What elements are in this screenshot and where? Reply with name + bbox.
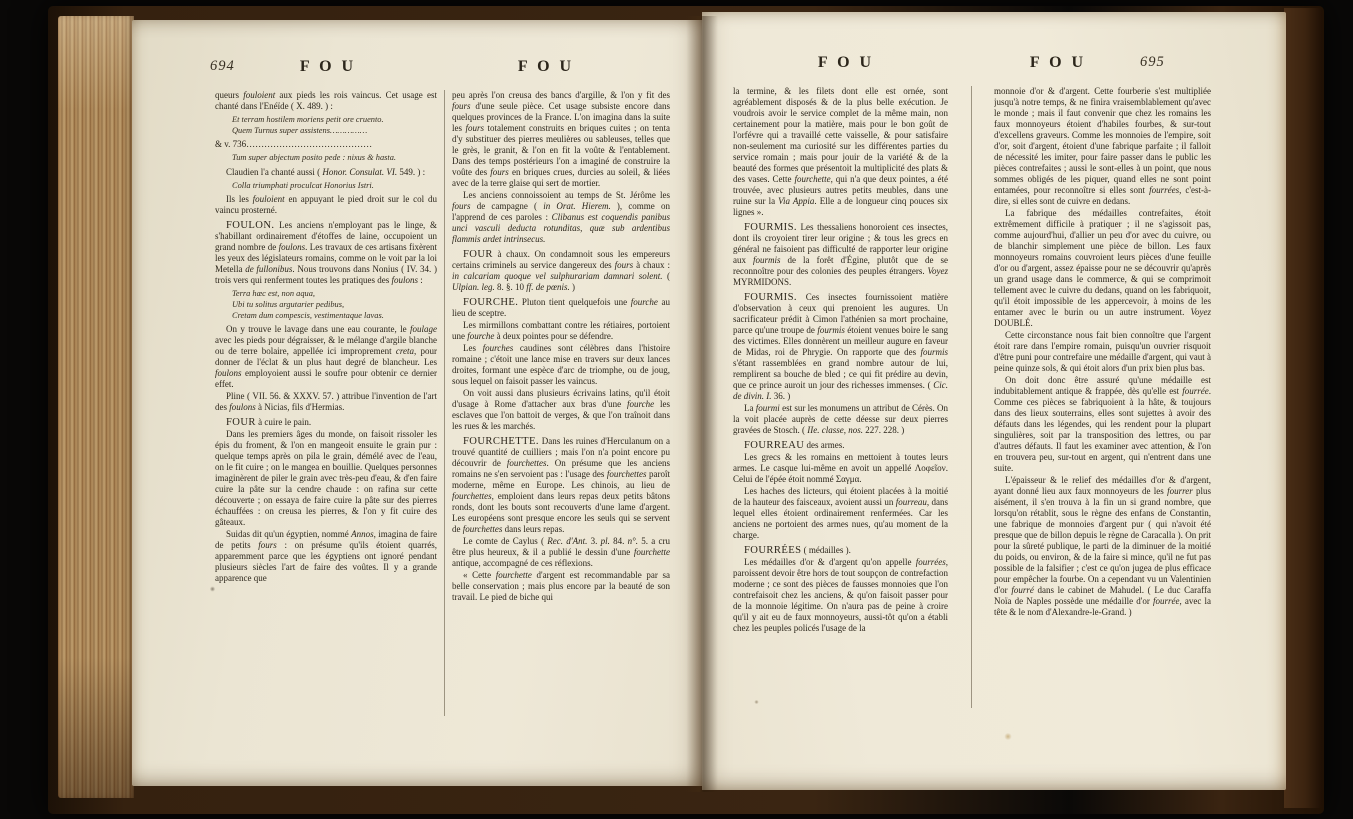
entry-headword: FOURMIS.	[744, 292, 797, 303]
text-block: Le comte de Caylus ( Rec. d'Ant. 3. pl. …	[452, 536, 670, 569]
entry-headword: FOUR	[463, 249, 493, 260]
text-block: Les mirmillons combattant contre les rét…	[452, 320, 670, 342]
text-block: Les médailles d'or & d'argent qu'on appe…	[733, 557, 948, 634]
text-area: la termine, & les filets dont elle est o…	[733, 86, 1211, 708]
verse-block: Tum super abjectum posito pede : nixus &…	[232, 153, 437, 164]
text-column: peu après l'on creusa des bancs d'argill…	[452, 90, 670, 716]
text-column: queurs fouloient aux pieds les rois vain…	[215, 90, 437, 716]
text-block: La fourmi est sur les monumens un attrib…	[733, 403, 948, 436]
text-block: Cette circonstance nous fait bien connoî…	[994, 330, 1211, 374]
running-head: F O U	[300, 58, 356, 76]
text-block: FOURREAU des armes.	[733, 440, 948, 451]
text-block: FOURMIS. Les thessaliens honoroient ces …	[733, 222, 948, 288]
text-block: Les fourches caudines sont célèbres dans…	[452, 343, 670, 387]
text-block: On voit aussi dans plusieurs écrivains l…	[452, 388, 670, 432]
text-block: Suidas dit qu'un égyptien, nommé Annos, …	[215, 529, 437, 584]
text-block: La fabrique des médailles contrefaites, …	[994, 208, 1211, 329]
entry-headword: FOURCHE.	[463, 297, 518, 308]
left-page: 694 F O U F O U queurs fouloient aux pie…	[132, 20, 702, 786]
text-block: la termine, & les filets dont elle est o…	[733, 86, 948, 218]
text-column: la termine, & les filets dont elle est o…	[733, 86, 948, 708]
running-head: F O U	[518, 58, 574, 76]
text-block: Les haches des licteurs, qui étoient pla…	[733, 486, 948, 541]
entry-headword: FOURMIS.	[744, 222, 797, 233]
entry-headword: FOUR	[226, 417, 256, 428]
text-block: FOURCHE. Pluton tient quelquefois une fo…	[452, 297, 670, 319]
text-block: Les anciens connoissoient au temps de St…	[452, 190, 670, 245]
text-block: peu après l'on creusa des bancs d'argill…	[452, 90, 670, 189]
text-block: FOURMIS. Ces insectes fournissoient mati…	[733, 292, 948, 402]
text-block: FOULON. Les anciens n'employant pas le l…	[215, 220, 437, 286]
entry-headword: FOURREAU	[744, 440, 804, 451]
text-column: monnoie d'or & d'argent. Cette fourberie…	[994, 86, 1211, 708]
text-block: monnoie d'or & d'argent. Cette fourberie…	[994, 86, 1211, 207]
text-block: L'épaisseur & le relief des médailles d'…	[994, 475, 1211, 618]
text-block: Ils les fouloient en appuyant le pied dr…	[215, 194, 437, 216]
page-number-right: 695	[1140, 54, 1165, 71]
text-block: queurs fouloient aux pieds les rois vain…	[215, 90, 437, 112]
text-block: FOUR à cuire le pain.	[215, 417, 437, 428]
text-area: queurs fouloient aux pieds les rois vain…	[215, 90, 670, 716]
right-page: F O U F O U 695 la termine, & les filets…	[702, 12, 1286, 790]
running-head: F O U	[818, 54, 874, 72]
text-block: FOUR à chaux. On condamnoit sous les emp…	[452, 249, 670, 293]
entry-headword: FOURRÉES	[744, 545, 801, 556]
text-block: FOURRÉES ( médailles ).	[733, 545, 948, 556]
text-block: FOURCHETTE. Dans les ruines d'Herculanum…	[452, 436, 670, 535]
column-divider	[444, 90, 445, 716]
column-divider	[971, 86, 972, 708]
text-block: Dans les premiers âges du monde, on fais…	[215, 429, 437, 528]
text-block: & v. 736……………………………………	[215, 139, 437, 150]
book-cover-right-edge	[1284, 8, 1322, 808]
text-block: Pline ( VII. 56. & XXXV. 57. ) attribue …	[215, 391, 437, 413]
verse-block: Terra hæc est, non aqua,Ubi tu solitus a…	[232, 289, 437, 321]
text-block: On doit donc être assuré qu'une médaille…	[994, 375, 1211, 474]
text-block: On y trouve le lavage dans une eau coura…	[215, 324, 437, 390]
entry-headword: FOURCHETTE.	[463, 436, 539, 447]
text-block: Les grecs & les romains en mettoient à t…	[733, 452, 948, 485]
verse-block: Et terram hostilem moriens petit ore cru…	[232, 115, 437, 136]
text-block: Claudien l'a chanté aussi ( Honor. Consu…	[215, 167, 437, 178]
entry-headword: FOULON.	[226, 220, 274, 231]
page-edges-fore-edge	[58, 16, 134, 798]
text-block: « Cette fourchette d'argent est recomman…	[452, 570, 670, 603]
running-head: F O U	[1030, 54, 1086, 72]
verse-block: Colla triumphati proculcat Honorius Istr…	[232, 181, 437, 192]
book-photo: 694 F O U F O U queurs fouloient aux pie…	[0, 0, 1353, 819]
page-number-left: 694	[210, 58, 235, 75]
